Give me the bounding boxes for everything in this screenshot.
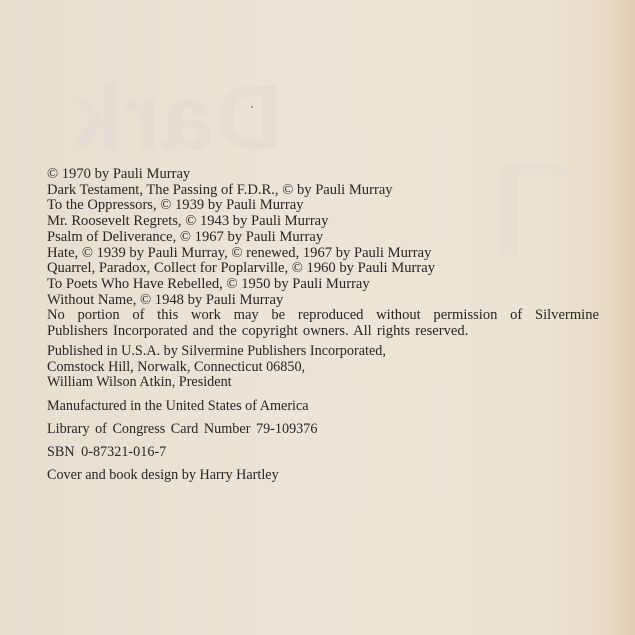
publisher-info: Published in U.S.A. by Silvermine Publis… [47,344,386,391]
copyright-line: Dark Testament, The Passing of F.D.R., ©… [47,183,607,199]
publisher-line: Published in U.S.A. by Silvermine Publis… [47,344,386,360]
copyright-line: Mr. Roosevelt Regrets, © 1943 by Pauli M… [47,214,607,230]
copyright-line: Quarrel, Paradox, Collect for Poplarvill… [47,261,607,277]
paper-speck [251,106,253,108]
copyright-notices: © 1970 by Pauli Murray Dark Testament, T… [47,167,607,340]
sbn-number: SBN 0-87321-016-7 [47,444,166,461]
copyright-line: To Poets Who Have Rebelled, © 1950 by Pa… [47,277,607,293]
copyright-line: To the Oppressors, © 1939 by Pauli Murra… [47,198,607,214]
copyright-page: Dark © 1970 by Pauli Murray Dark Testame… [0,0,635,635]
bleed-through-title: Dark [69,72,282,164]
copyright-line: Hate, © 1939 by Pauli Murray, © renewed,… [47,246,607,262]
copyright-line: Psalm of Deliverance, © 1967 by Pauli Mu… [47,230,607,246]
rights-statement-line-1: No portion of this work may be reproduce… [47,308,599,324]
copyright-line: Without Name, © 1948 by Pauli Murray [47,293,607,309]
manufactured-statement: Manufactured in the United States of Ame… [47,398,309,415]
rights-statement-line-2: Publishers Incorporated and the copyrigh… [47,324,607,340]
library-of-congress-number: Library of Congress Card Number 79-10937… [47,421,317,438]
publisher-address: Comstock Hill, Norwalk, Connecticut 0685… [47,360,386,376]
design-credit: Cover and book design by Harry Hartley [47,467,279,484]
publisher-president: William Wilson Atkin, President [47,375,386,391]
copyright-line: © 1970 by Pauli Murray [47,167,607,183]
